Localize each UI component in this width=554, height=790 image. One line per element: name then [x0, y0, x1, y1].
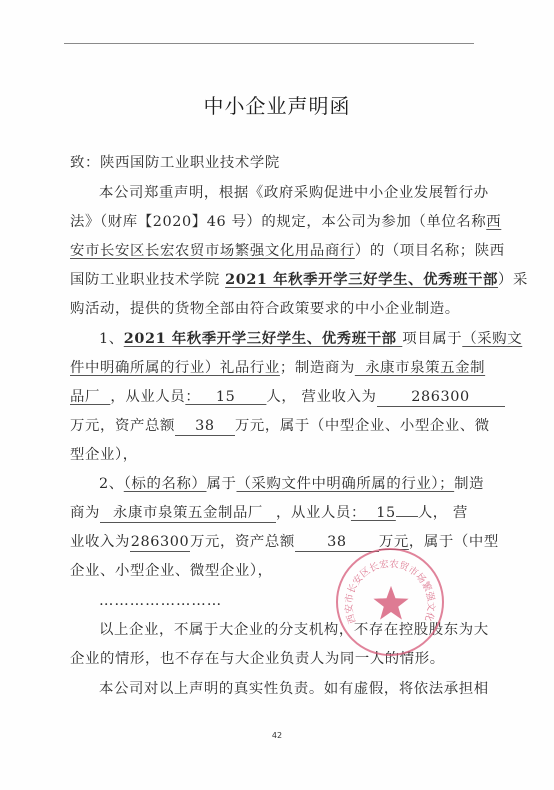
item1-staff-label: ，从业人员 [110, 389, 185, 405]
unit-name: 安市长安区长宏农贸市场繁强文化用品商行 [70, 243, 355, 259]
intro-line-2: 法》（财库【2020】46 号）的规定，本公司为参加（单位名称西 [70, 212, 501, 232]
item1-project: 2021 年秋季开学三好学生、优秀班干部 [124, 330, 403, 347]
intro-line-5: 购活动，提供的货物全部由符合政策要求的中小企业制造。 [70, 299, 460, 319]
item2-staff-pad [396, 516, 418, 517]
item1-industry-start: （采购文 [462, 331, 522, 347]
intro-line-2-text: 法》（财库【2020】46 号）的规定，本公司为参加（单位名称 [70, 214, 486, 230]
item1-assets-label: 万元，资产总额 [70, 418, 175, 434]
item2-staff-label: ，从业人员 [276, 505, 351, 521]
header-rule [64, 43, 474, 44]
item1-maker-start: 永康市泉策五金制 [355, 360, 485, 376]
intro-line-4: 国防工业职业技术学院 2021 年秋季开学三好学生、优秀班干部）采 [70, 270, 528, 290]
item1-revenue: 286300 [377, 389, 505, 407]
intro-line-1: 本公司郑重声明，根据《政府采购促进中小企业发展暂行办 [99, 183, 489, 203]
document-title: 中小企业声明函 [0, 90, 554, 119]
intro-line-4-text: 国防工业职业技术学院 [70, 272, 225, 288]
item2-revenue-label: 业收入为 [70, 534, 130, 550]
project-name: 2021 年秋季开学三好学生、优秀班干部 [225, 271, 498, 288]
item1-staff-unit: 人， 营业收入为 [266, 389, 376, 405]
item1-number: 1、 [99, 331, 124, 347]
item2-line-2: 商为永康市泉策五金制品厂，从业人员： 15人， 营 [70, 503, 468, 523]
item2-line-4: 企业、小型企业、微型企业）， [70, 561, 273, 581]
item1-maker-label: ；制造商为 [280, 360, 355, 376]
item2-line-3-end: ，属于（中型 [409, 534, 499, 550]
item1-line-1: 1、2021 年秋季开学三好学生、优秀班干部 项目属于（采购文 [99, 329, 522, 349]
item2-line-3: 业收入为286300万元，资产总额38万元，属于（中型 [70, 532, 499, 552]
addressee: 致：陕西国防工业职业技术学院 [70, 153, 280, 173]
item2-line-1: 2、（标的名称）属于（采购文件中明确所属的行业）；制造 [99, 474, 484, 494]
unit-name-start: 西 [486, 214, 501, 230]
item2-belongs: 属于 [207, 476, 237, 492]
item1-line-5: 型企业）， [70, 445, 138, 465]
item1-assets: 38 [175, 418, 235, 436]
star-icon [372, 584, 410, 622]
item2-staff-unit: 人， 营 [418, 505, 468, 521]
closing-line-3: 本公司对以上声明的真实性负责。如有虚假，将依法承担相 [99, 679, 489, 699]
page-number: 42 [0, 731, 554, 740]
item2-maker: 永康市泉策五金制品厂 [100, 505, 276, 523]
item1-line-2: 件中明确所属的行业）礼品行业；制造商为 永康市泉策五金制 [70, 358, 485, 378]
item2-staff-value: ： 15 [351, 505, 396, 521]
intro-line-3: 安市长安区长宏农贸市场繁强文化用品商行）的（项目名称；陕西 [70, 241, 505, 261]
item2-number: 2、 [99, 476, 124, 492]
item1-industry: 件中明确所属的行业）礼品行业 [70, 360, 280, 376]
item1-line-4: 万元，资产总额38万元，属于（中型企业、小型企业、微 [70, 416, 490, 436]
company-seal: 西安市长安区长宏农贸市场繁强文化用品商行 [336, 548, 444, 656]
ellipsis: …………………… [99, 591, 222, 611]
item1-belongs: 项目属于 [402, 331, 462, 347]
document-page: 中小企业声明函 致：陕西国防工业职业技术学院 本公司郑重声明，根据《政府采购促进… [0, 0, 554, 790]
item2-target: （标的名称） [124, 476, 207, 492]
intro-line-3-text: ）的（项目名称；陕西 [355, 243, 505, 259]
item2-revenue: 286300 [130, 534, 190, 552]
intro-line-4-end: ）采 [498, 272, 528, 288]
item2-maker-prefix: 制造 [454, 476, 484, 492]
item1-line-3: 品厂 ，从业人员： 15 人， 营业收入为286300 [70, 387, 505, 407]
item1-maker-end: 品厂 [70, 389, 110, 405]
item2-assets-label: 万元，资产总额 [190, 534, 295, 550]
item1-line-4-end: 万元，属于（中型企业、小型企业、微 [235, 418, 490, 434]
item1-staff-value: ： 15 [185, 389, 266, 405]
item2-industry: （采购文件中明确所属的行业）； [236, 476, 454, 492]
item2-maker-label: 商为 [70, 505, 100, 521]
